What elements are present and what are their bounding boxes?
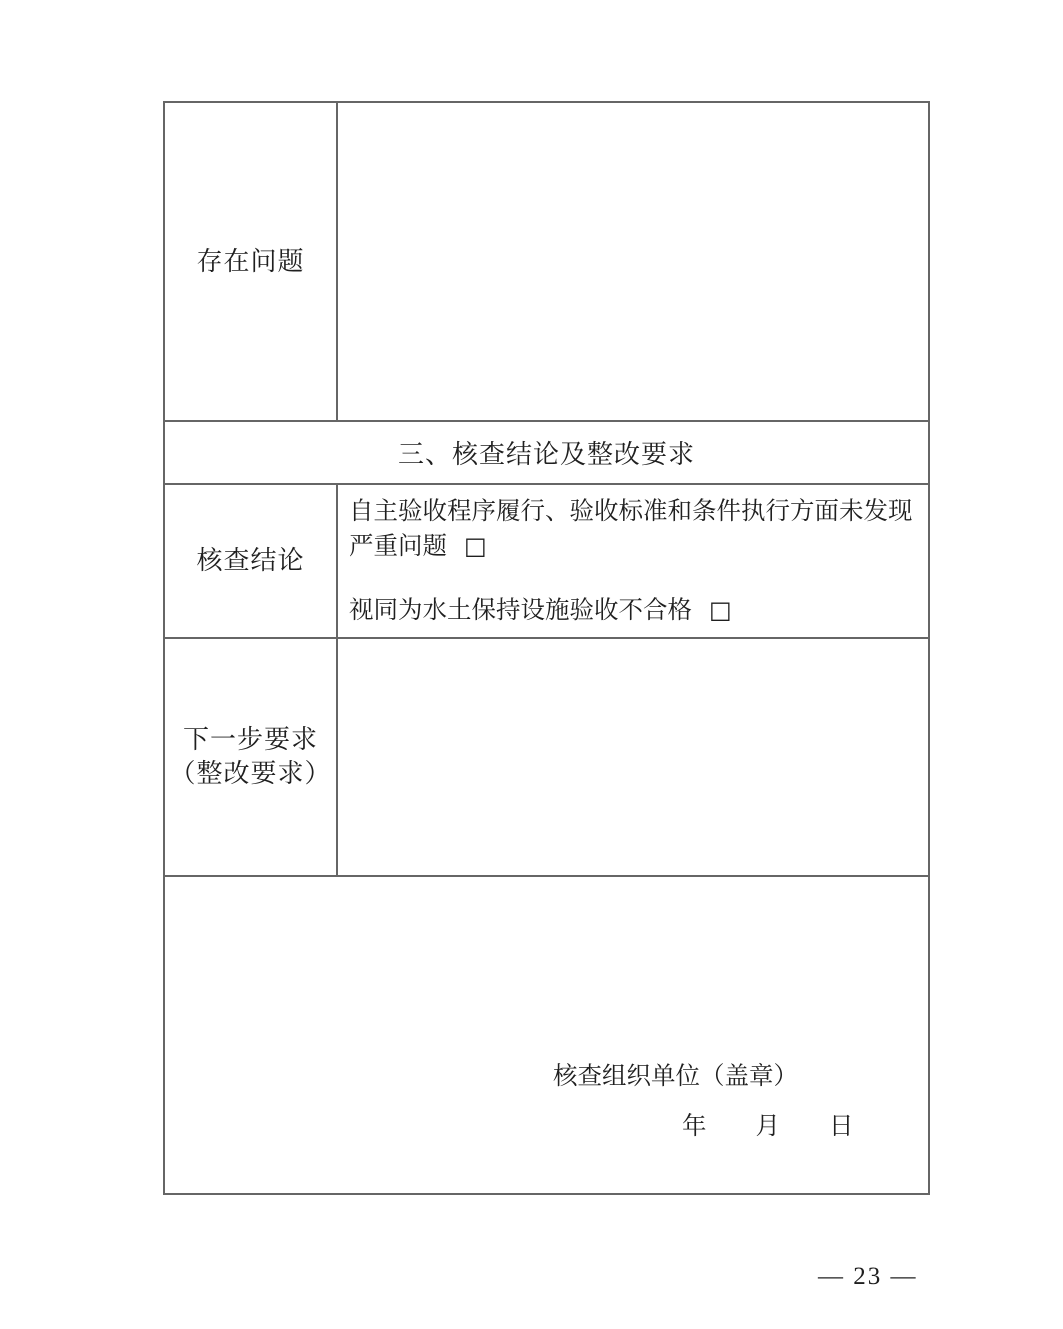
verification-form-table: 存在问题 三、核查结论及整改要求 核查结论 自主验收程序履行、验收标准和条件执行… (163, 101, 930, 1195)
row-conclusion: 核查结论 自主验收程序履行、验收标准和条件执行方面未发现严重问题□ 视同为水土保… (165, 485, 928, 639)
existing-problems-content (338, 103, 928, 420)
section-header-text: 三、核查结论及整改要求 (398, 434, 695, 471)
signature-org-line: 核查组织单位（盖章） (553, 1060, 798, 1094)
row-signature: 核查组织单位（盖章） 年 月 日 (165, 877, 928, 1193)
document-page: 存在问题 三、核查结论及整改要求 核查结论 自主验收程序履行、验收标准和条件执行… (0, 0, 1063, 1329)
conclusion-label: 核查结论 (165, 485, 338, 637)
checkbox-icon[interactable]: □ (464, 532, 487, 560)
signature-date-line: 年 月 日 (682, 1110, 854, 1144)
conclusion-option-no-severe-problems: 自主验收程序履行、验收标准和条件执行方面未发现严重问题□ (349, 495, 924, 564)
existing-problems-label-text: 存在问题 (196, 245, 304, 279)
page-number: — 23 — (818, 1263, 918, 1291)
next-steps-label-line2: （整改要求） (169, 757, 331, 791)
conclusion-option-deemed-unqualified: 视同为水土保持设施验收不合格□ (349, 593, 924, 628)
row-next-steps: 下一步要求 （整改要求） (165, 639, 928, 877)
next-steps-label-line1: 下一步要求 (183, 723, 318, 757)
row-existing-problems: 存在问题 (165, 103, 928, 422)
next-steps-content (338, 639, 928, 875)
conclusion-option-text: 自主验收程序履行、验收标准和条件执行方面未发现严重问题 (349, 498, 913, 560)
next-steps-label: 下一步要求 （整改要求） (165, 639, 338, 875)
conclusion-label-text: 核查结论 (196, 544, 304, 578)
row-section-header: 三、核查结论及整改要求 (165, 422, 928, 485)
conclusion-option-text: 视同为水土保持设施验收不合格 (349, 597, 692, 624)
existing-problems-label: 存在问题 (165, 103, 338, 420)
checkbox-icon[interactable]: □ (709, 596, 732, 624)
conclusion-content: 自主验收程序履行、验收标准和条件执行方面未发现严重问题□ 视同为水土保持设施验收… (338, 485, 928, 637)
section-header: 三、核查结论及整改要求 (165, 422, 928, 483)
